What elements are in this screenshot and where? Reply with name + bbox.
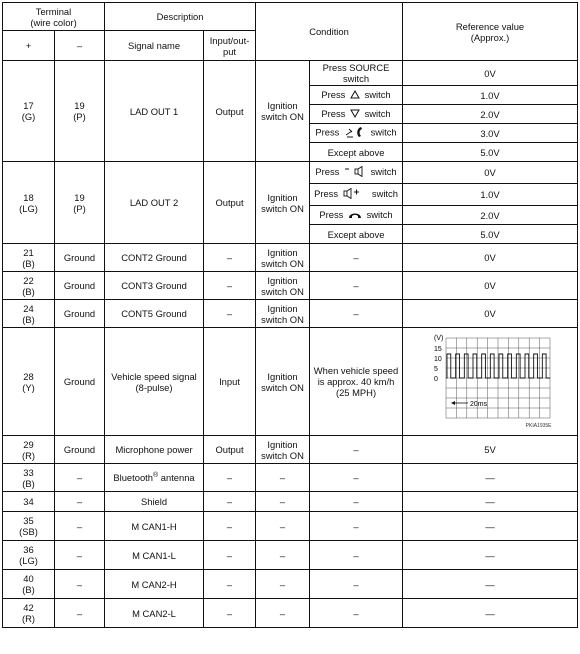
table-row: 17(G) 19(P) LAD OUT 1 Output Ignitionswi…: [3, 61, 578, 86]
reference-header-line1: Reference value: [456, 21, 524, 32]
terminal-header-line1: Terminal: [36, 6, 71, 17]
table-row: 29(R) Ground Microphone power Output Ign…: [3, 436, 578, 464]
signal-name: CONT5 Ground: [105, 300, 204, 328]
table-row: 22(B) Ground CONT3 Ground – Ignitionswit…: [3, 272, 578, 300]
pulse-waveform: (V)15105020ms: [432, 332, 552, 432]
plus-terminal: 21(B): [3, 244, 55, 272]
minus-terminal: –: [55, 541, 105, 570]
waveform-figure: (V)15105020ms PKIA1935E: [432, 332, 552, 432]
svg-text:10: 10: [434, 356, 442, 363]
signal-name: LAD OUT 1: [105, 61, 204, 162]
minus-terminal: Ground: [55, 272, 105, 300]
io-type: –: [204, 300, 256, 328]
minus-terminal: Ground: [55, 244, 105, 272]
table-row: 36(LG) – M CAN1-L – – – —: [3, 541, 578, 570]
condition: –: [256, 570, 310, 599]
io-type: Input: [204, 328, 256, 436]
condition: –: [256, 512, 310, 541]
reference-value: 3.0V: [403, 124, 578, 143]
condition-detail: –: [310, 272, 403, 300]
plus-terminal: 17(G): [3, 61, 55, 162]
condition-detail: Press switch: [310, 206, 403, 225]
reference-value: 0V: [403, 272, 578, 300]
table-row: 34 – Shield – – – —: [3, 492, 578, 512]
condition-detail: –: [310, 541, 403, 570]
condition-detail: Except above: [310, 225, 403, 244]
voice-phone-icon: [344, 126, 366, 140]
condition: Ignitionswitch ON: [256, 162, 310, 244]
table-row: 35(SB) – M CAN1-H – – – —: [3, 512, 578, 541]
condition-detail: –: [310, 570, 403, 599]
reference-value: —: [403, 570, 578, 599]
plus-terminal: 40(B): [3, 570, 55, 599]
reference-header: Reference value (Approx.): [403, 3, 578, 61]
minus-terminal: –: [55, 570, 105, 599]
hang-up-icon: [348, 210, 362, 221]
reference-value: 5.0V: [403, 143, 578, 162]
io-type: Output: [204, 61, 256, 162]
reference-header-line2: (Approx.): [471, 32, 510, 43]
terminal-header: Terminal (wire color): [3, 3, 105, 31]
condition-header: Condition: [256, 3, 403, 61]
condition: Ignitionswitch ON: [256, 244, 310, 272]
minus-header: –: [55, 31, 105, 61]
plus-header: +: [3, 31, 55, 61]
reference-value: —: [403, 492, 578, 512]
condition-detail: –: [310, 492, 403, 512]
signal-name: CONT2 Ground: [105, 244, 204, 272]
table-row: 33(B) – Bluetooth® antenna – – – —: [3, 464, 578, 492]
condition-detail: –: [310, 464, 403, 492]
signal-name: M CAN2-L: [105, 599, 204, 628]
io-header: Input/out- put: [204, 31, 256, 61]
signal-name: Vehicle speed signal(8-pulse): [105, 328, 204, 436]
condition-detail: Press switch: [310, 124, 403, 143]
plus-terminal: 42(R): [3, 599, 55, 628]
volume-up-icon: [343, 188, 365, 201]
signal-name: Shield: [105, 492, 204, 512]
minus-terminal: 19(P): [55, 61, 105, 162]
condition: Ignitionswitch ON: [256, 436, 310, 464]
condition: –: [256, 599, 310, 628]
volume-down-icon: [344, 166, 366, 179]
figure-code: PKIA1935E: [526, 421, 552, 432]
condition: Ignitionswitch ON: [256, 272, 310, 300]
reference-value: 5.0V: [403, 225, 578, 244]
io-type: –: [204, 492, 256, 512]
condition: Ignitionswitch ON: [256, 300, 310, 328]
condition-detail: Press switch: [310, 105, 403, 124]
condition: Ignitionswitch ON: [256, 328, 310, 436]
svg-text:20ms: 20ms: [470, 401, 488, 408]
reference-value: 5V: [403, 436, 578, 464]
minus-terminal: 19(P): [55, 162, 105, 244]
reference-value: 2.0V: [403, 105, 578, 124]
condition: –: [256, 492, 310, 512]
condition-detail: –: [310, 599, 403, 628]
io-type: –: [204, 512, 256, 541]
plus-terminal: 33(B): [3, 464, 55, 492]
io-type: –: [204, 272, 256, 300]
io-type: Output: [204, 162, 256, 244]
io-type: –: [204, 541, 256, 570]
condition: –: [256, 464, 310, 492]
minus-terminal: Ground: [55, 436, 105, 464]
table-row: 18(LG) 19(P) LAD OUT 2 Output Ignitionsw…: [3, 162, 578, 184]
terminal-spec-table: Terminal (wire color) Description Condit…: [2, 2, 578, 628]
io-type: –: [204, 570, 256, 599]
signal-name: LAD OUT 2: [105, 162, 204, 244]
triangle-down-icon: [350, 109, 360, 120]
condition-detail: –: [310, 512, 403, 541]
terminal-header-line2: (wire color): [30, 17, 76, 28]
io-header-line2: put: [223, 46, 236, 57]
table-row: 28(Y) Ground Vehicle speed signal(8-puls…: [3, 328, 578, 436]
condition-detail: –: [310, 436, 403, 464]
table-row: 42(R) – M CAN2-L – – – —: [3, 599, 578, 628]
plus-terminal: 34: [3, 492, 55, 512]
signal-name: M CAN1-L: [105, 541, 204, 570]
reference-value: 0V: [403, 162, 578, 184]
signal-name: Bluetooth® antenna: [105, 464, 204, 492]
io-type: –: [204, 244, 256, 272]
table-row: 24(B) Ground CONT5 Ground – Ignitionswit…: [3, 300, 578, 328]
condition-detail: –: [310, 300, 403, 328]
table-row: 21(B) Ground CONT2 Ground – Ignitionswit…: [3, 244, 578, 272]
svg-text:(V): (V): [434, 335, 443, 342]
condition: Ignitionswitch ON: [256, 61, 310, 162]
signal-name-header: Signal name: [105, 31, 204, 61]
reference-value: —: [403, 464, 578, 492]
reference-value: —: [403, 541, 578, 570]
minus-terminal: –: [55, 492, 105, 512]
reference-value: (V)15105020ms PKIA1935E: [403, 328, 578, 436]
plus-terminal: 28(Y): [3, 328, 55, 436]
io-type: –: [204, 464, 256, 492]
table-row: 40(B) – M CAN2-H – – – —: [3, 570, 578, 599]
reference-value: 1.0V: [403, 86, 578, 105]
reference-value: 0V: [403, 244, 578, 272]
plus-terminal: 36(LG): [3, 541, 55, 570]
condition-detail: Except above: [310, 143, 403, 162]
condition-detail: –: [310, 244, 403, 272]
condition-detail: Press switch: [310, 162, 403, 184]
plus-terminal: 29(R): [3, 436, 55, 464]
plus-terminal: 22(B): [3, 272, 55, 300]
condition-detail: Press SOURCEswitch: [310, 61, 403, 86]
io-type: –: [204, 599, 256, 628]
signal-name: M CAN1-H: [105, 512, 204, 541]
reference-value: —: [403, 512, 578, 541]
svg-text:5: 5: [434, 366, 438, 373]
io-type: Output: [204, 436, 256, 464]
svg-text:15: 15: [434, 346, 442, 353]
description-header: Description: [105, 3, 256, 31]
reference-value: —: [403, 599, 578, 628]
condition-detail: Press switch: [310, 86, 403, 105]
minus-terminal: –: [55, 512, 105, 541]
condition-detail: When vehicle speedis approx. 40 km/h(25 …: [310, 328, 403, 436]
signal-name: CONT3 Ground: [105, 272, 204, 300]
plus-terminal: 35(SB): [3, 512, 55, 541]
minus-terminal: –: [55, 464, 105, 492]
plus-terminal: 18(LG): [3, 162, 55, 244]
reference-value: 1.0V: [403, 184, 578, 206]
reference-value: 0V: [403, 300, 578, 328]
svg-text:0: 0: [434, 376, 438, 383]
reference-value: 2.0V: [403, 206, 578, 225]
plus-terminal: 24(B): [3, 300, 55, 328]
signal-name: M CAN2-H: [105, 570, 204, 599]
triangle-up-icon: [350, 90, 360, 101]
minus-terminal: –: [55, 599, 105, 628]
reference-value: 0V: [403, 61, 578, 86]
condition: –: [256, 541, 310, 570]
minus-terminal: Ground: [55, 300, 105, 328]
minus-terminal: Ground: [55, 328, 105, 436]
condition-detail: Press switch: [310, 184, 403, 206]
io-header-line1: Input/out-: [210, 35, 250, 46]
signal-name: Microphone power: [105, 436, 204, 464]
